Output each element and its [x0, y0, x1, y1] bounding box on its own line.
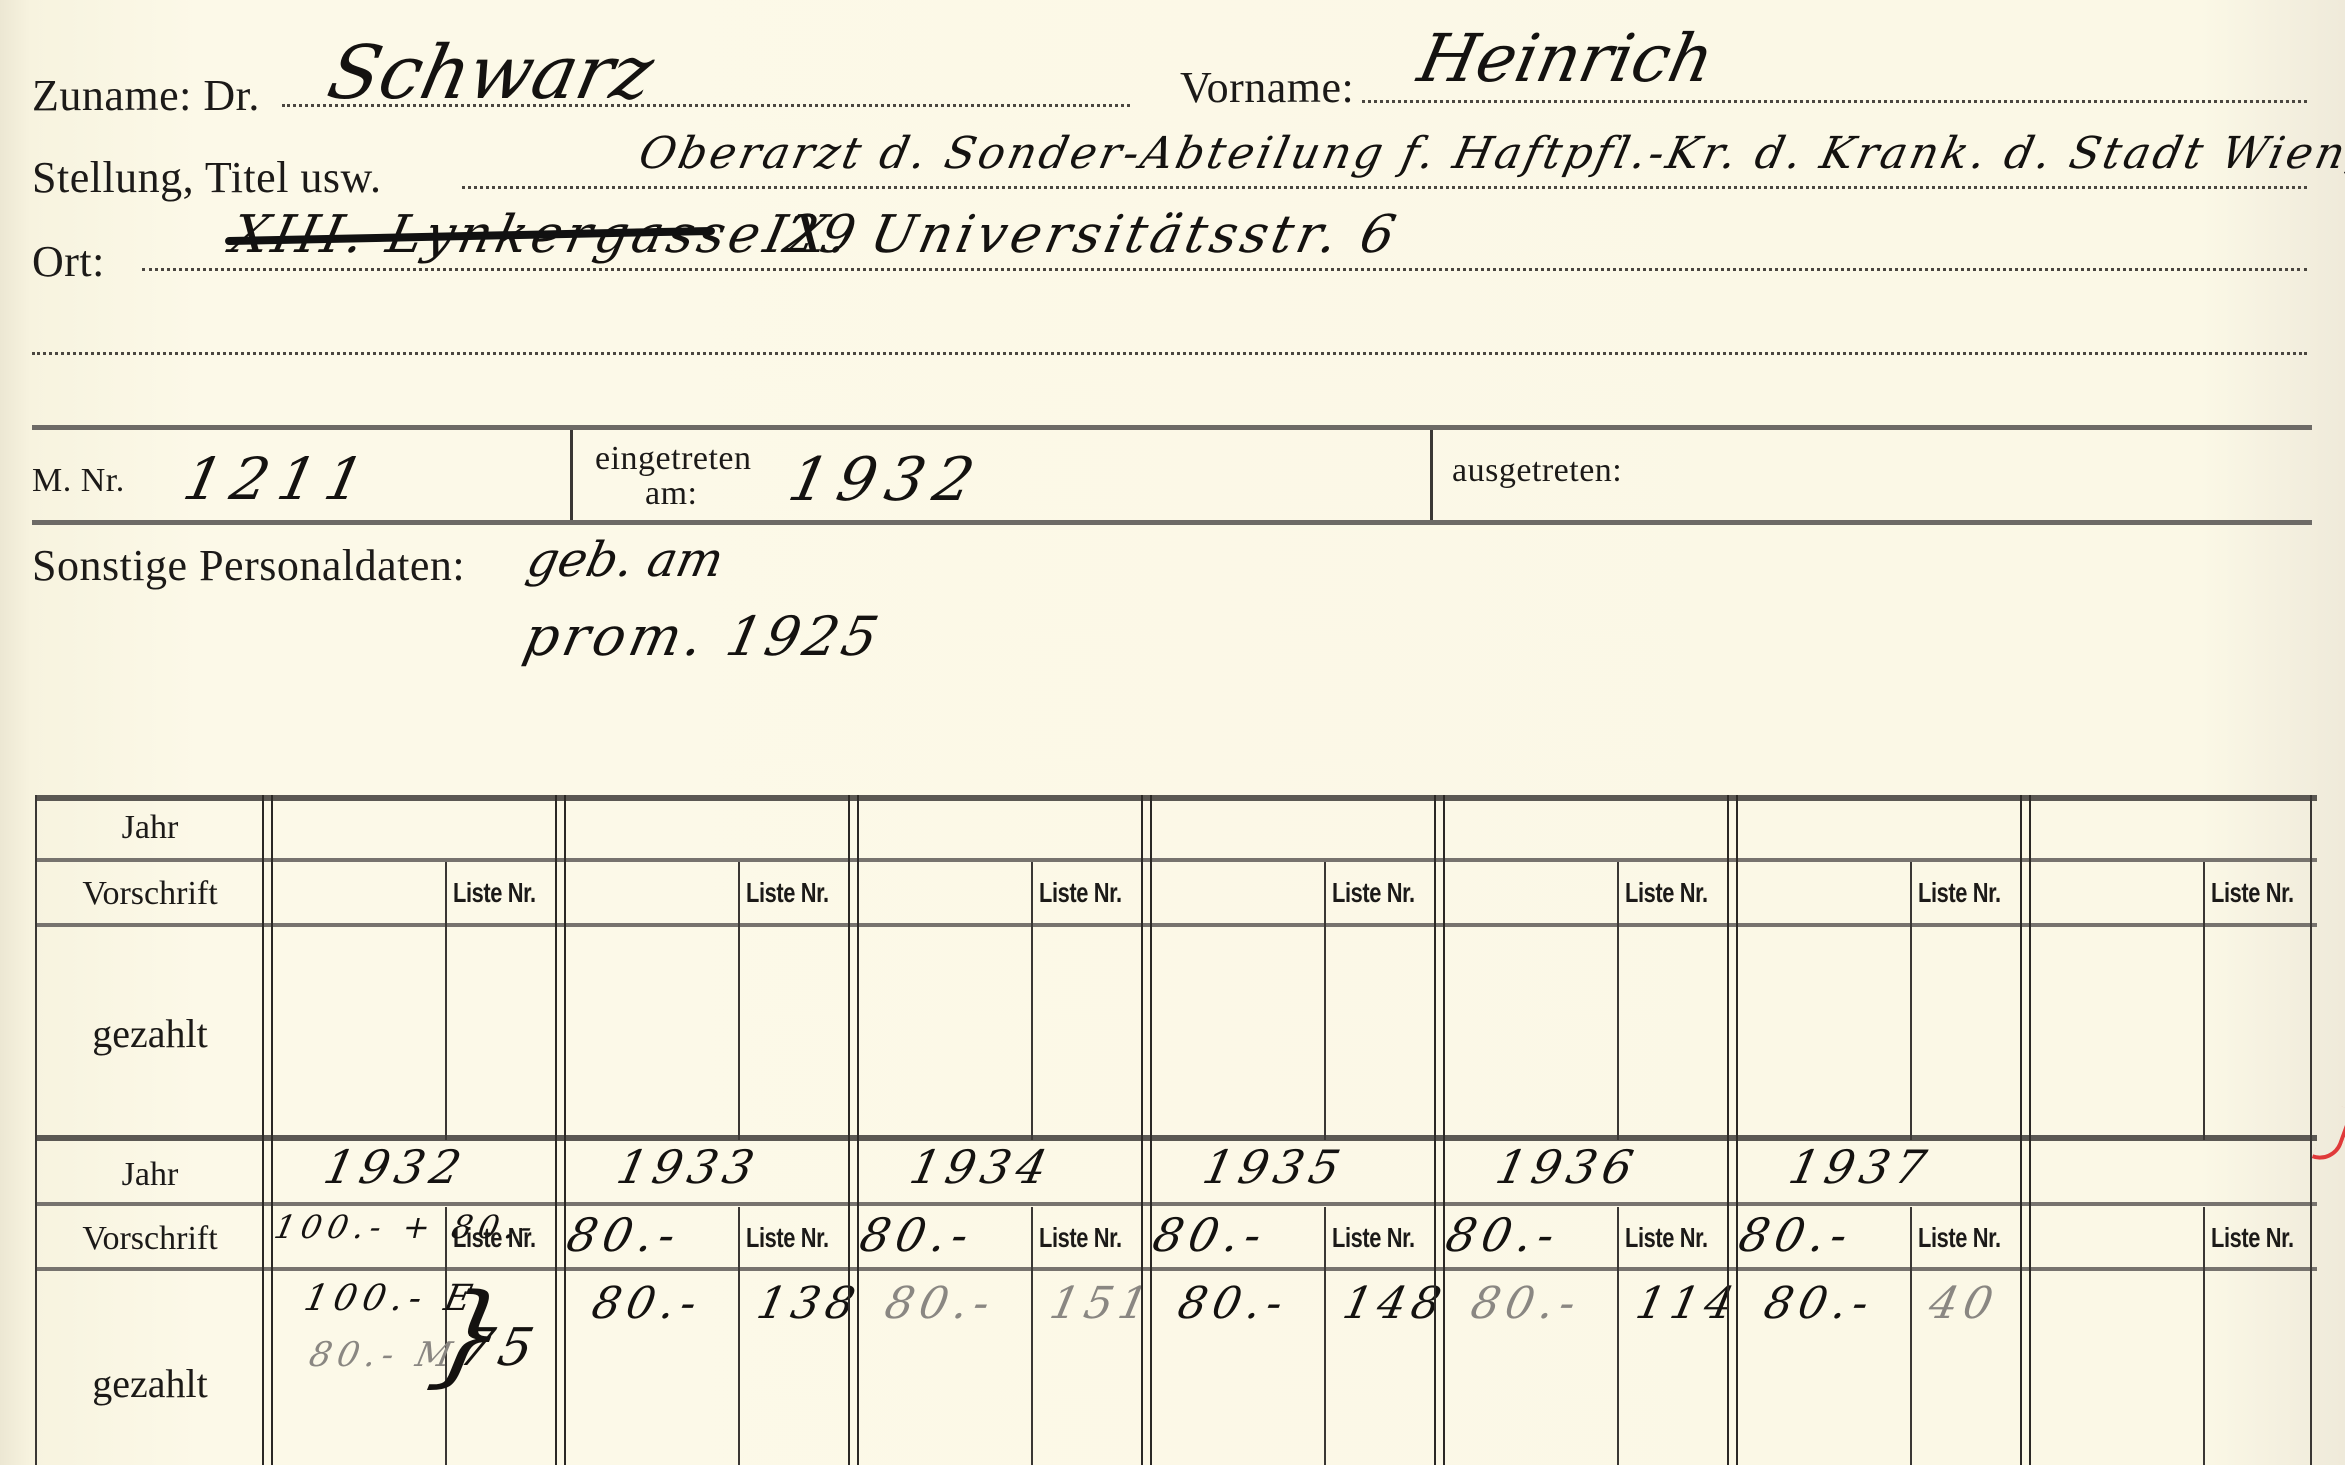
vorschrift-label: Vorschrift [35, 875, 265, 913]
liste-nr-header: Liste Nr. [1625, 877, 1708, 909]
column-divider [1141, 1140, 1152, 1465]
column-divider [1141, 795, 1152, 1140]
year-cell: 1935 [1198, 1140, 1351, 1194]
stellung-line [462, 186, 2307, 189]
vorschrift-cell: 80.- [1148, 1208, 1272, 1262]
vorschrift-label: Vorschrift [35, 1220, 265, 1258]
gezahlt-label: gezahlt [35, 1360, 265, 1407]
liste-nr-header: Liste Nr. [1625, 1222, 1708, 1254]
mnr-value: 1211 [178, 445, 380, 513]
liste-nr-header: Liste Nr. [746, 1222, 829, 1254]
liste-nr-header: Liste Nr. [1918, 1222, 2001, 1254]
vorname-line [1362, 100, 2307, 103]
year-cell: 1934 [905, 1140, 1058, 1194]
column-divider [2020, 1140, 2031, 1465]
column-divider [1727, 795, 1738, 1140]
ausgetreten-label: ausgetreten: [1452, 452, 1622, 490]
gezahlt-cell: 80.- [588, 1278, 708, 1329]
column-divider [555, 1140, 566, 1465]
mnr-divider [570, 430, 573, 520]
liste-nr-header: Liste Nr. [2211, 877, 2294, 909]
zuname-value: Schwarz [321, 30, 661, 116]
liste-nr-header: Liste Nr. [1039, 1222, 1122, 1254]
column-divider [1434, 1140, 1445, 1465]
payment-table-top: Jahr Vorschrift gezahlt Liste Nr.Liste N… [35, 795, 2317, 1140]
column-divider [848, 1140, 859, 1465]
sonstige-line-1: geb. am [522, 532, 728, 588]
vorschrift-cell: 80.- [855, 1208, 979, 1262]
jahr-label: Jahr [35, 1156, 265, 1194]
liste-nr-header: Liste Nr. [1332, 1222, 1415, 1254]
vorname-label: Vorname: [1180, 62, 1354, 113]
liste-nr-header: Liste Nr. [1039, 877, 1122, 909]
gezahlt-label: gezahlt [35, 1010, 265, 1057]
membership-card: Zuname: Dr. Schwarz Vorname: Heinrich St… [0, 0, 2345, 1465]
column-divider [848, 795, 859, 1140]
ort-value: IX. Universitätsstr. 6 [759, 205, 1405, 265]
stellung-value: Oberarzt d. Sonder-Abteilung f. Haftpfl.… [635, 128, 2345, 179]
vorschrift-cell: 80.- [562, 1208, 686, 1262]
column-divider [262, 795, 273, 1140]
liste-nr-cell: 40 [1925, 1278, 2004, 1329]
table-right-border [2310, 1140, 2312, 1465]
zuname-label: Zuname: Dr. [32, 70, 260, 121]
sonstige-line-2: prom. 1925 [518, 605, 887, 668]
gezahlt-cell: 80.- [881, 1278, 1001, 1329]
ausgetreten-divider [1430, 430, 1433, 520]
gezahlt-cell: 80.- [1467, 1278, 1587, 1329]
mnr-bottom-rule [32, 520, 2312, 525]
eingetreten-label: eingetreten [595, 440, 752, 478]
eingetreten-value: 1932 [783, 445, 991, 515]
vorname-value: Heinrich [1412, 20, 1721, 97]
liste-nr-header: Liste Nr. [453, 877, 536, 909]
blank-line [32, 352, 2307, 355]
column-divider [1434, 795, 1445, 1140]
payment-table-bottom: Jahr Vorschrift gezahlt Liste Nr.1932100… [35, 1140, 2317, 1465]
gezahlt-cell: 80.- [1760, 1278, 1880, 1329]
stellung-label: Stellung, Titel usw. [32, 152, 381, 203]
liste-nr-header: Liste Nr. [1918, 877, 2001, 909]
liste-nr-header: Liste Nr. [2211, 1222, 2294, 1254]
liste-nr-header: Liste Nr. [746, 877, 829, 909]
year-cell: 1933 [612, 1140, 765, 1194]
mnr-top-rule [32, 425, 2312, 430]
ort-line [142, 268, 2307, 271]
vorschrift-cell: 100.- + 80.- [271, 1208, 542, 1246]
gezahlt-cell: 80.- [1174, 1278, 1294, 1329]
column-divider [262, 1140, 273, 1465]
year-cell: 1937 [1784, 1140, 1937, 1194]
sonstige-label: Sonstige Personaldaten: [32, 540, 465, 591]
jahr-label: Jahr [35, 809, 265, 847]
liste-nr-header: Liste Nr. [1332, 877, 1415, 909]
ort-label: Ort: [32, 236, 105, 287]
vorschrift-cell: 80.- [1441, 1208, 1565, 1262]
column-divider [555, 795, 566, 1140]
column-divider [2020, 795, 2031, 1140]
mnr-label: M. Nr. [32, 462, 125, 500]
vorschrift-cell: 80.- [1734, 1208, 1858, 1262]
year-cell: 1932 [319, 1140, 472, 1194]
year-cell: 1936 [1491, 1140, 1644, 1194]
column-divider [1727, 1140, 1738, 1465]
table-right-border [2310, 795, 2312, 1140]
eingetreten-am-label: am: [645, 475, 697, 513]
